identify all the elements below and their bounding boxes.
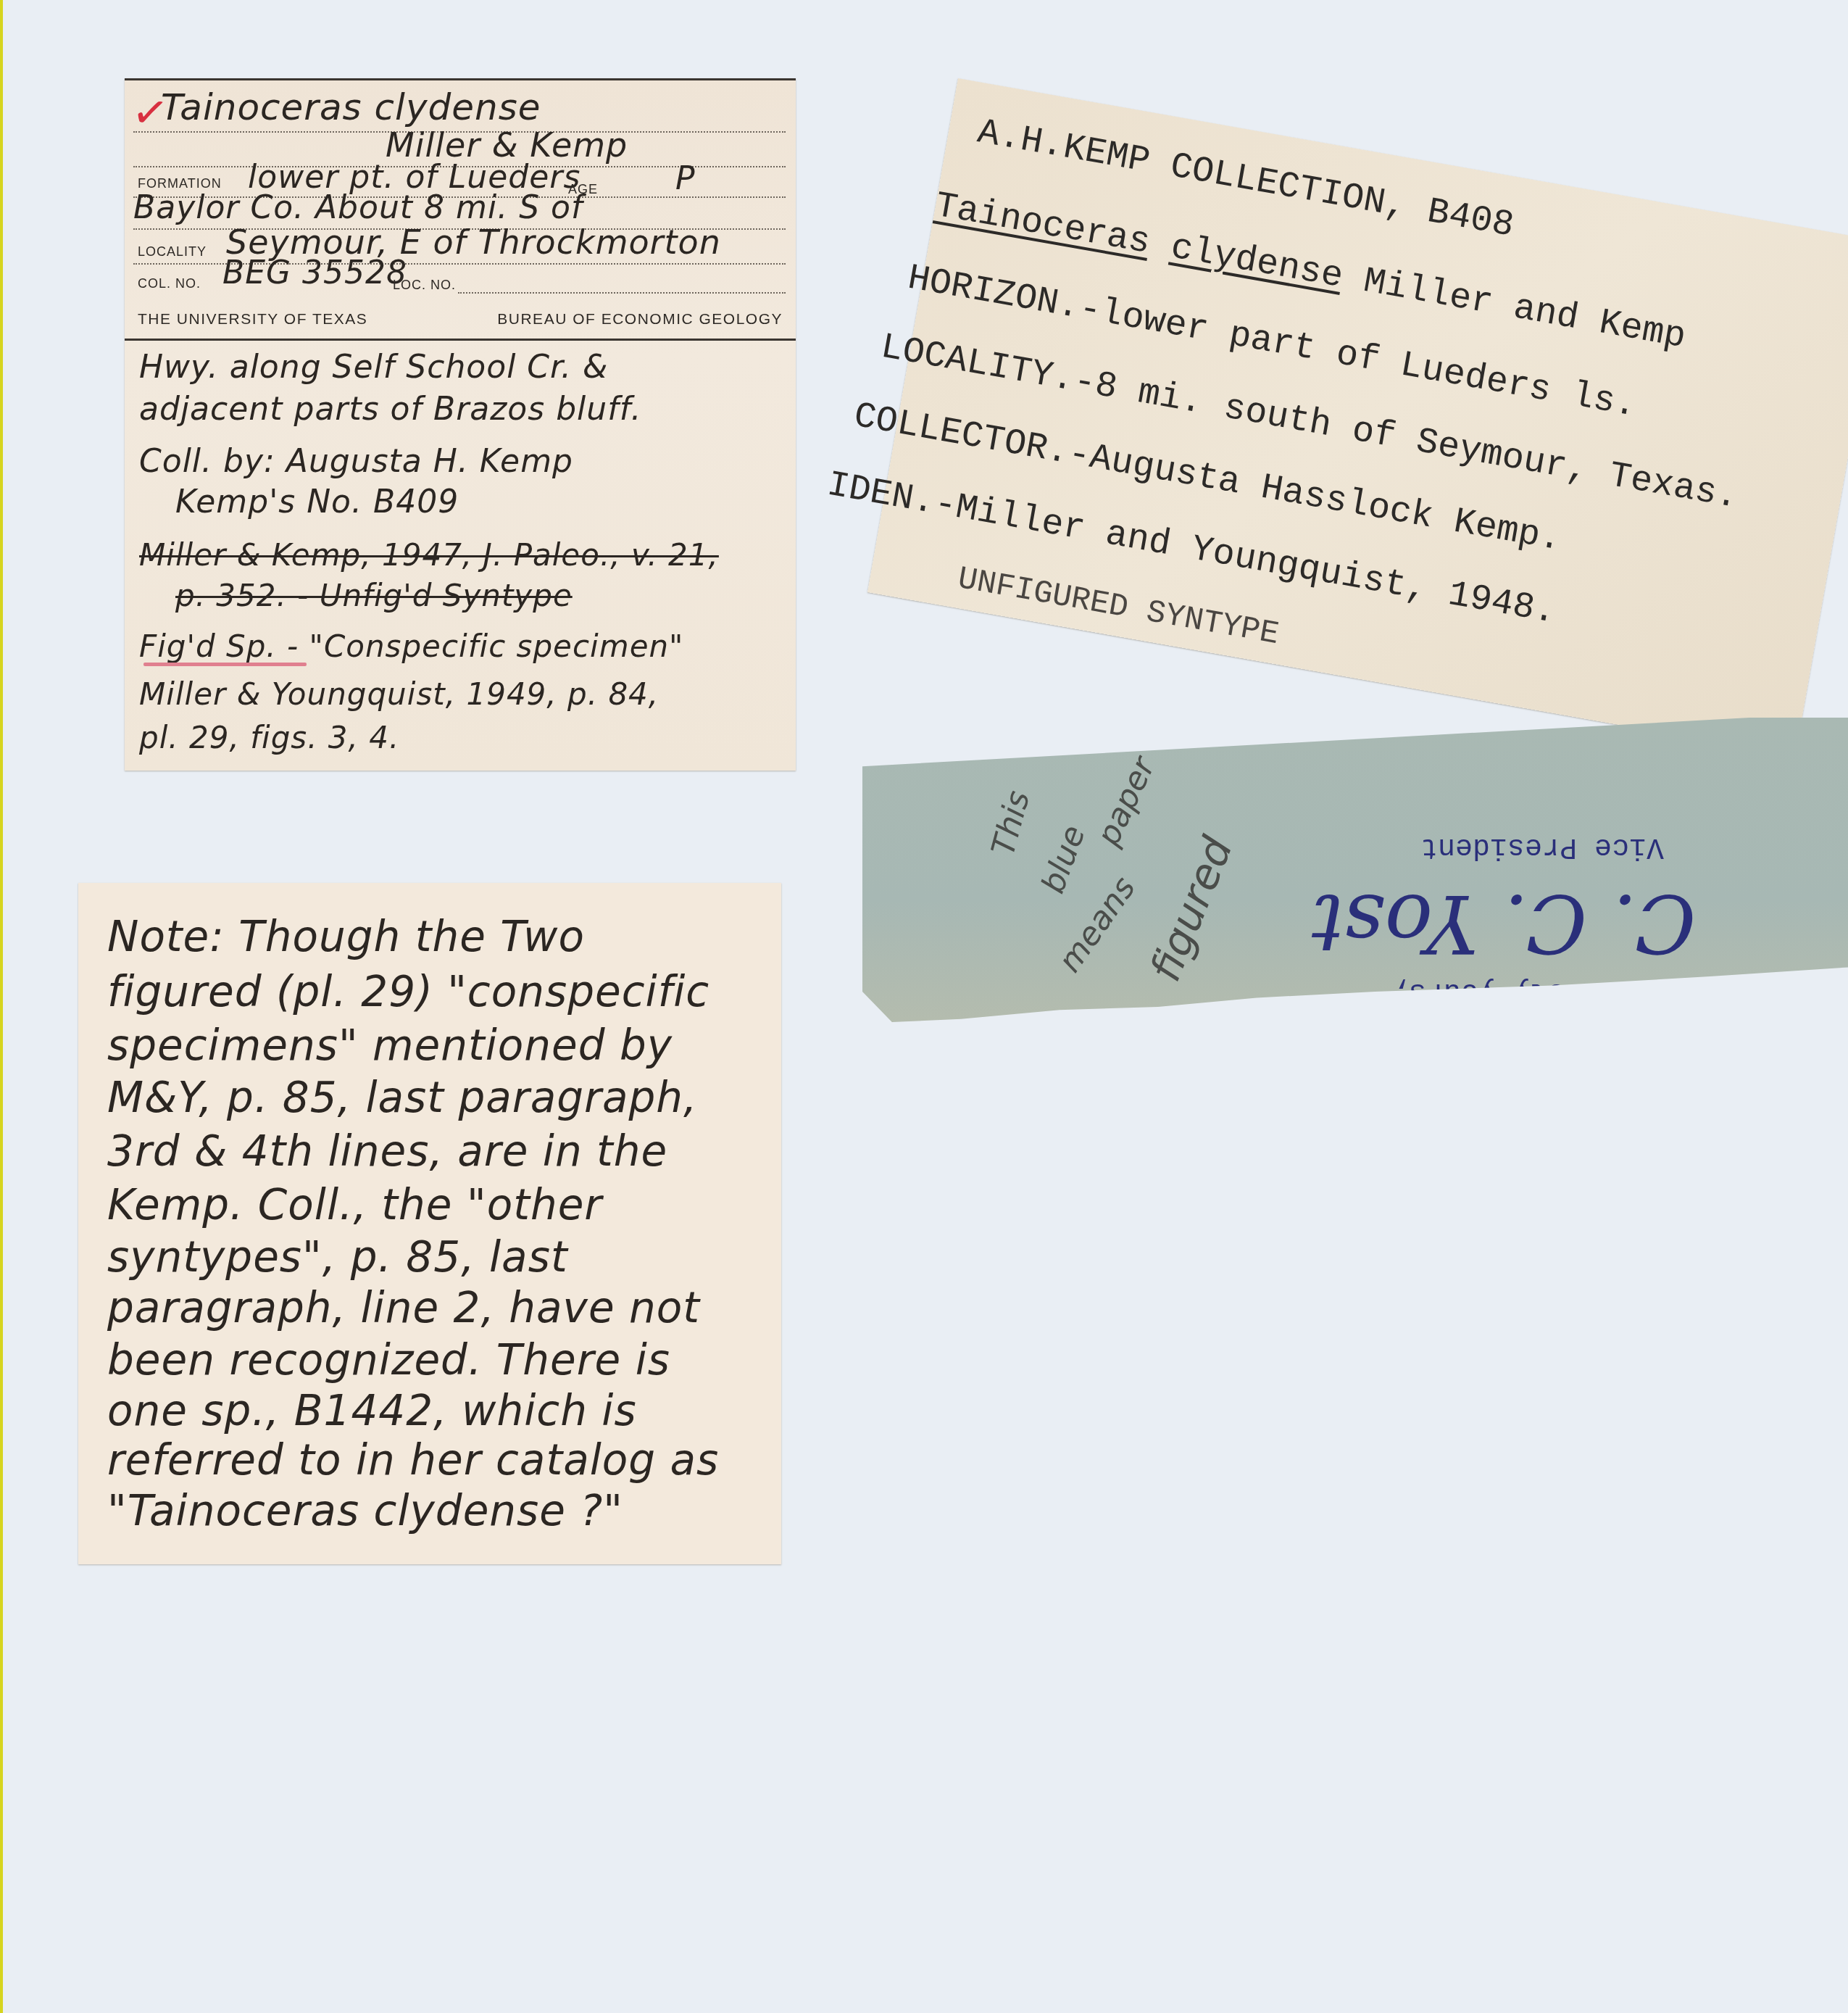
blue-paper-slip: This blue paper means figured Vice Presi… (862, 718, 1848, 1022)
col-no-value: BEG 35528 (222, 254, 407, 291)
kemp-collection-label: A.H.KEMP COLLECTION, B408 Tainoceras cly… (867, 78, 1848, 756)
locality-line-1: Baylor Co. About 8 mi. S of (133, 189, 583, 226)
species-name: Tainoceras clydense (161, 86, 541, 128)
card-divider (125, 339, 796, 341)
age-value: P (675, 160, 696, 197)
closing-text: Sincerely yours, (1391, 975, 1670, 1008)
species-epithet: clydense (1168, 227, 1346, 298)
note-line: "Tainoceras clydense ?" (107, 1486, 623, 1535)
note-line: been recognized. There is (107, 1335, 670, 1385)
note-line: specimens" mentioned by (107, 1021, 673, 1070)
note-line: paragraph, line 2, have not (107, 1283, 700, 1332)
pencil-note-word: blue (1034, 821, 1092, 898)
note-line: 3rd & 4th lines, are in the (107, 1126, 667, 1176)
note-line: Kemp's No. B409 (175, 483, 459, 520)
note-line: Miller & Youngquist, 1949, p. 84, (139, 676, 659, 712)
note-line: Coll. by: Augusta H. Kemp (139, 443, 573, 480)
handwritten-note-card: Note: Though the Two figured (pl. 29) "c… (78, 883, 781, 1564)
university-name: THE UNIVERSITY OF TEXAS (138, 311, 367, 328)
note-line: pl. 29, figs. 3, 4. (139, 720, 399, 755)
taxon-authors: Miller and Kemp (1360, 261, 1689, 358)
red-highlight-underline (143, 663, 307, 666)
note-line: M&Y, p. 85, last paragraph, (107, 1073, 697, 1122)
note-line: Fig'd Sp. - "Conspecific specimen" (139, 628, 683, 664)
note-line: referred to in her catalog as (107, 1435, 719, 1485)
note-line: Kemp. Coll., the "other (107, 1180, 602, 1229)
note-line: adjacent parts of Brazos bluff. (139, 391, 641, 428)
note-line: syntypes", p. 85, last (107, 1232, 568, 1282)
scan-edge-stripe (0, 0, 3, 2013)
col-no-label: COL. NO. (138, 276, 201, 291)
note-line: Note: Though the Two (107, 912, 585, 961)
pencil-note-word: figured (1140, 830, 1242, 988)
vice-president-title: Vice President (1420, 830, 1664, 863)
note-line: figured (pl. 29) "conspecific (107, 967, 709, 1016)
note-line: one sp., B1442, which is (107, 1386, 637, 1435)
struck-note-line: Miller & Kemp, 1947, J. Paleo., v. 21, (139, 537, 719, 573)
bureau-name: BUREAU OF ECONOMIC GEOLOGY (497, 311, 783, 328)
genus-name: Tainoceras (932, 186, 1153, 264)
ruled-line (458, 292, 786, 294)
struck-note-line: p. 352. - Unfig'd Syntype (175, 578, 573, 613)
pencil-note-word: paper (1090, 752, 1162, 852)
note-line: Hwy. along Self School Cr. & (139, 349, 608, 386)
signature: C. C. Yost (1312, 877, 1696, 970)
specimen-label-card: ✓ Tainoceras clydense Miller & Kemp FORM… (125, 78, 796, 771)
institution-footer: THE UNIVERSITY OF TEXAS BUREAU OF ECONOM… (138, 311, 783, 328)
locality-label: LOCALITY (138, 244, 207, 260)
pencil-note-word: This (985, 786, 1038, 859)
loc-no-label: LOC. NO. (393, 278, 456, 293)
